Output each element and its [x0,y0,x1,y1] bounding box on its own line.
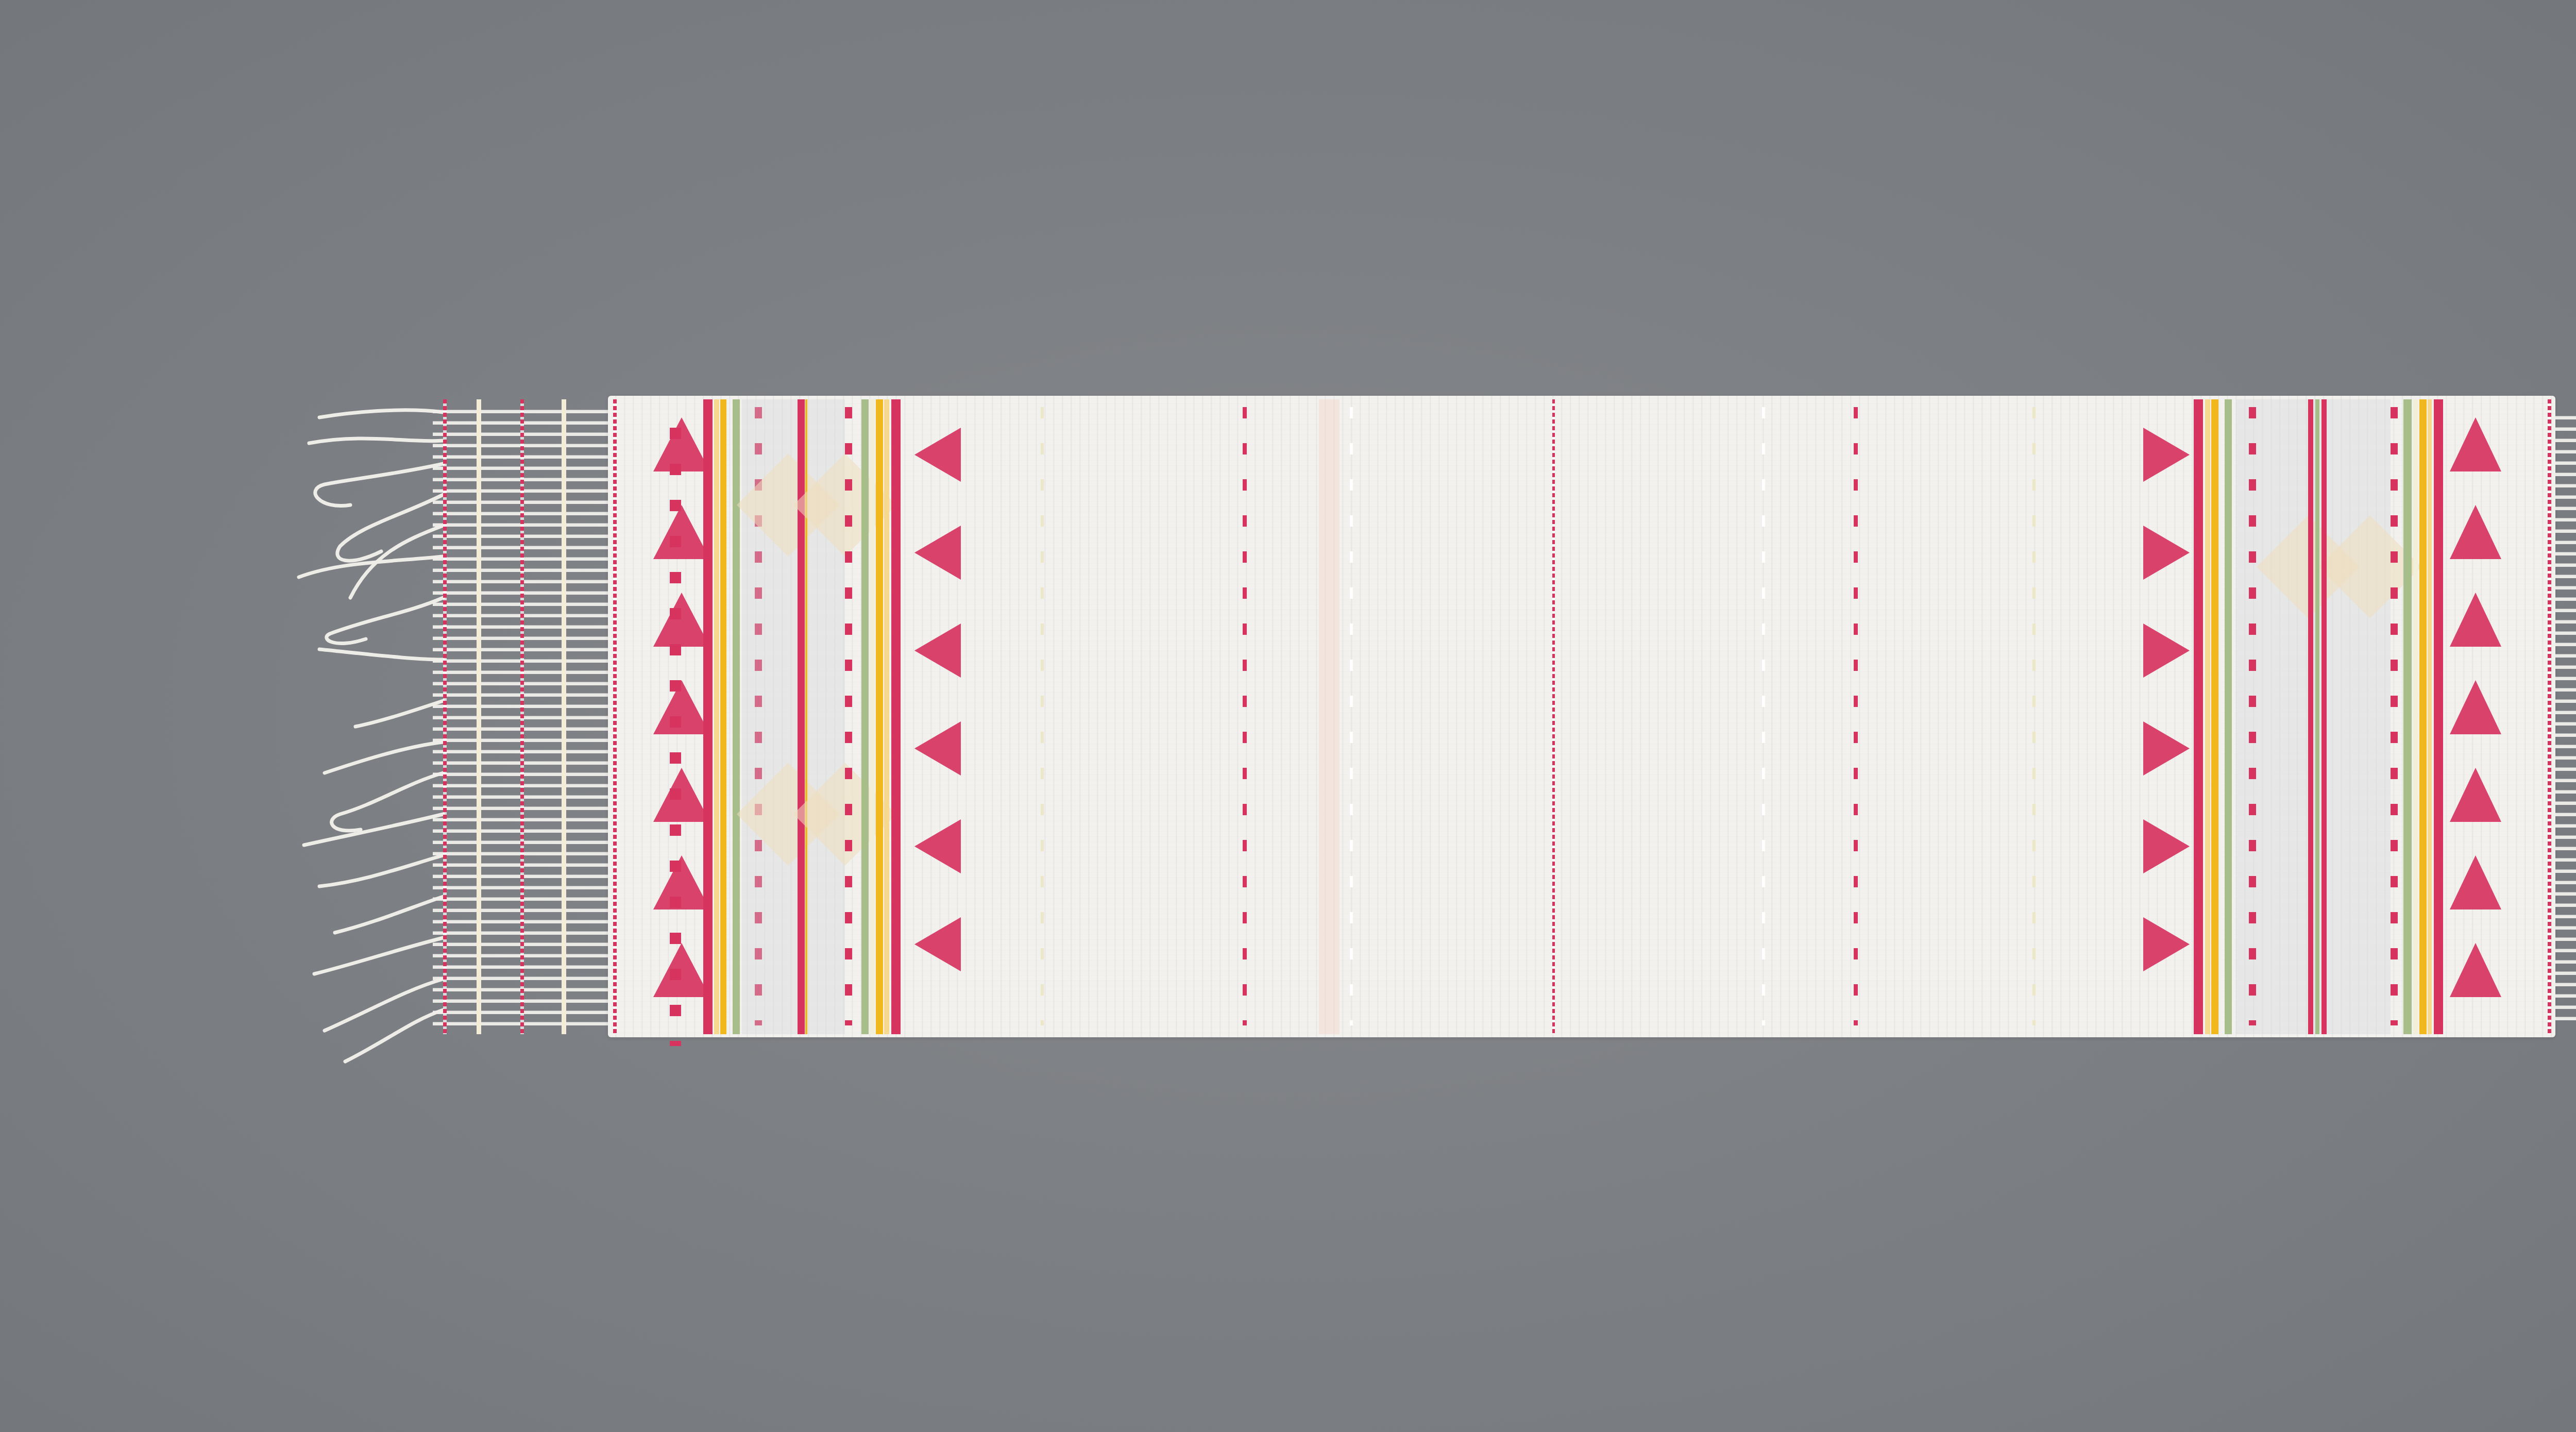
right-lightyellow-stripe-3 [2428,399,2432,1034]
left-motif-column-inner [914,407,961,1031]
right-edge-red-line [2548,399,2551,1034]
center-cream-dashes-1 [1041,407,1044,1025]
left-motif-dots [670,428,681,1046]
right-red-stripe-center-2 [2321,399,2327,1034]
center-red-dashes-left [1243,407,1247,1025]
right-green-stripe-center [2315,399,2319,1034]
right-green-stripe-2 [2403,399,2412,1034]
left-red-stripe-center [798,399,805,1034]
left-openweave-red-line-2 [520,399,524,1034]
center-white-dashes [1350,407,1353,1025]
left-openweave-red-line-1 [443,399,447,1034]
right-lightyellow-stripe-1 [2205,399,2210,1034]
left-yellow-stripe-1 [720,399,726,1034]
center-cream-dashes-2 [2032,407,2036,1025]
right-red-dashes-inner-2 [2391,407,2398,1025]
right-motif-column-outer [2450,407,2501,1031]
right-red-stripe-center-1 [2308,399,2313,1034]
left-openweave-cream-line-1 [477,399,481,1034]
right-yellow-stripe-2 [2419,399,2427,1034]
right-motif-column-inner [2143,407,2190,1031]
left-red-stripe-2 [891,399,901,1034]
right-open-weave [2553,412,2576,1020]
left-edge-red-line [613,399,617,1034]
center-red-dashes-right [1854,407,1858,1025]
right-green-stripe-1 [2225,399,2232,1034]
right-yellow-stripe-1 [2211,399,2218,1034]
left-fringe [289,392,453,1072]
center-red-line [1552,399,1555,1034]
right-red-dashes-inner-1 [2249,407,2256,1025]
left-motif-column-outer [653,407,710,1031]
left-lightyellow-stripe-1 [714,399,719,1034]
left-yellow-stripe-2 [876,399,883,1034]
left-openweave-cream-line-2 [562,399,566,1034]
left-green-stripe-2 [861,399,869,1034]
right-red-stripe-1 [2194,399,2203,1034]
left-lightyellow-stripe-3 [884,399,889,1034]
photo-scene [0,0,2576,1432]
left-red-stripe-1 [703,399,713,1034]
left-green-stripe-1 [733,399,740,1034]
center-faint-pink-stripe [1319,399,1340,1034]
right-lightyellow-stripe-2 [2413,399,2418,1034]
left-lightyellow-stripe-2 [870,399,875,1034]
center-white-dashes-2 [1762,407,1765,1025]
left-red-dashes-inner-2 [845,407,852,1025]
right-red-stripe-2 [2434,399,2443,1034]
right-sheer-panel [2236,399,2391,1034]
